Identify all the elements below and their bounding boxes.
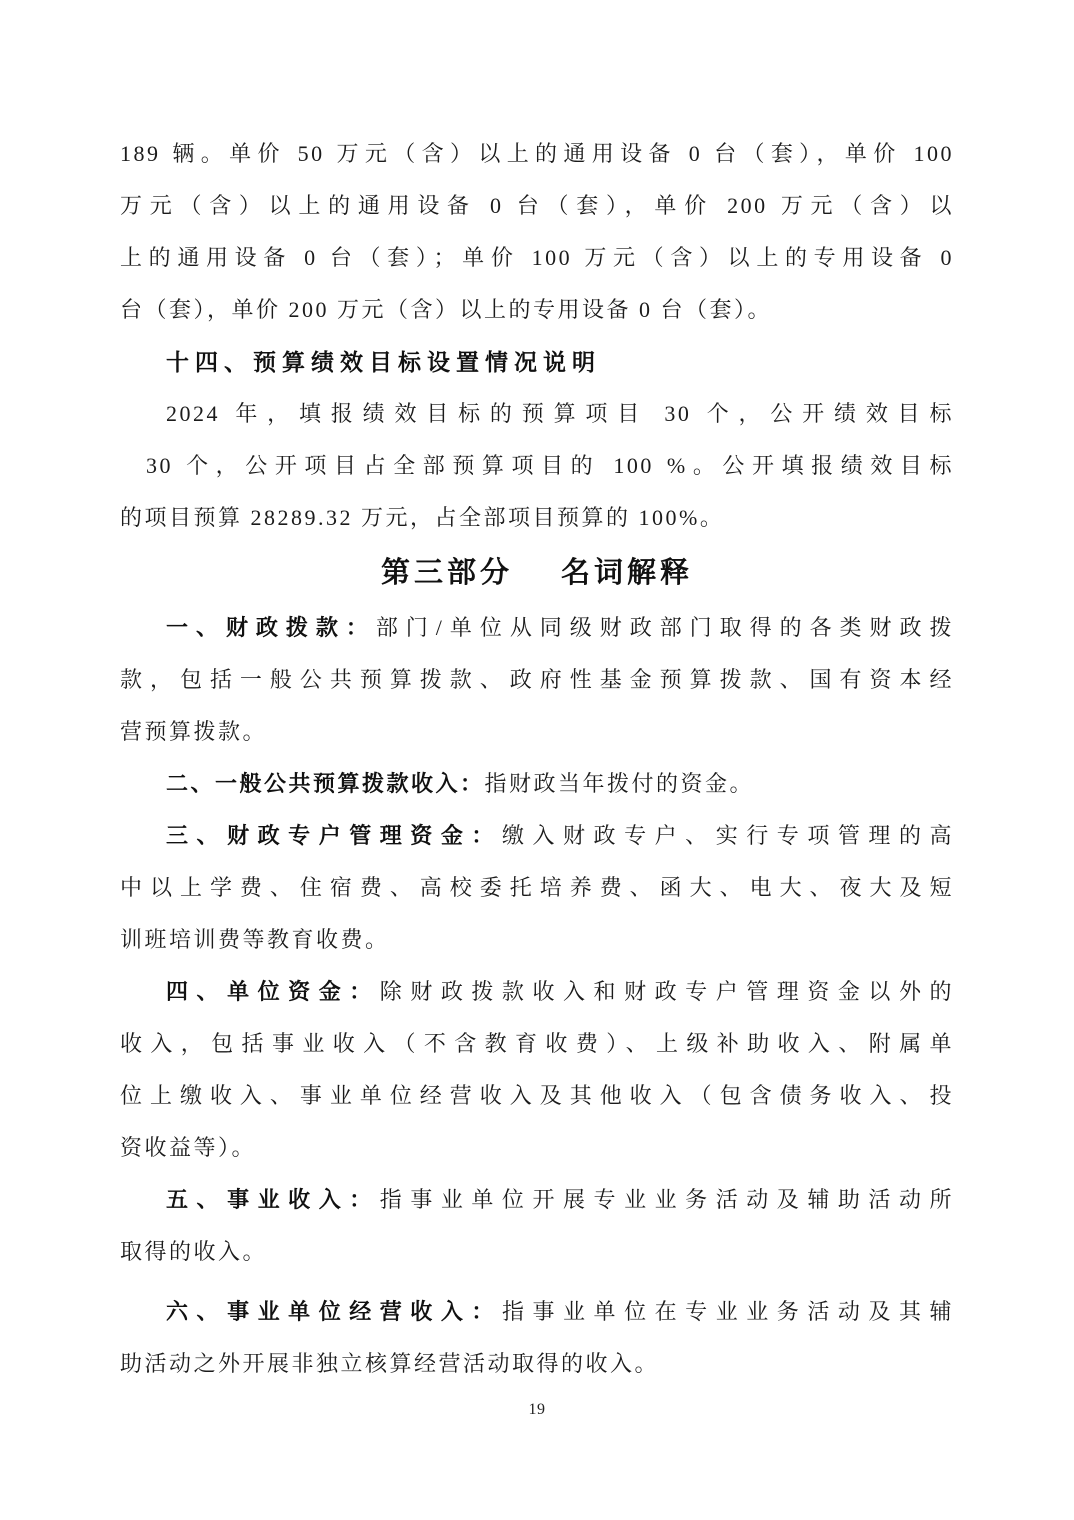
paragraph-line: 189 辆。单价 50 万元（含）以上的通用设备 0 台（套），单价 100 — [120, 128, 954, 180]
emphasis-text: 二、一般公共预算拨款收入： — [166, 771, 485, 796]
text-segment: 30 个，公开项目占全部预算项目的 100 %。公开填报绩效目标 — [146, 453, 954, 478]
paragraph-line: 30 个，公开项目占全部预算项目的 100 %。公开填报绩效目标 — [120, 440, 954, 492]
paragraph-line: 收入，包括事业收入（不含教育收费）、上级补助收入、附属单 — [120, 1018, 954, 1070]
page-number: 19 — [529, 1401, 546, 1418]
emphasis-text: 三、财政专户管理资金： — [166, 823, 502, 848]
text-segment: 收入，包括事业收入（不含教育收费）、上级补助收入、附属单 — [120, 1031, 954, 1056]
text-segment: 189 辆。单价 50 万元（含）以上的通用设备 0 台（套），单价 100 — [120, 141, 954, 166]
text-segment: 训班培训费等教育收费。 — [120, 927, 390, 952]
text-segment: 资收益等）。 — [120, 1135, 256, 1160]
paragraph-line: 万元（含）以上的通用设备 0 台（套），单价 200 万元（含）以 — [120, 180, 954, 232]
text-segment: 助活动之外开展非独立核算经营活动取得的收入。 — [120, 1351, 659, 1376]
paragraph-line: 五、事业收入：指事业单位开展专业业务活动及辅助活动所 — [120, 1174, 954, 1226]
paragraph-line: 资收益等）。 — [120, 1122, 954, 1174]
text-segment: 上的通用设备 0 台（套）；单价 100 万元（含）以上的专用设备 0 — [120, 245, 954, 270]
paragraph-line: 2024 年，填报绩效目标的预算项目 30 个，公开绩效目标 — [120, 388, 954, 440]
paragraph-line: 台（套），单价 200 万元（含）以上的专用设备 0 台（套）。 — [120, 284, 954, 336]
text-segment: 2024 年，填报绩效目标的预算项目 30 个，公开绩效目标 — [166, 401, 954, 426]
paragraph-line: 一、财政拨款：部门/单位从同级财政部门取得的各类财政拨 — [120, 602, 954, 654]
paragraph-line: 的项目预算 28289.32 万元，占全部项目预算的 100%。 — [120, 492, 954, 544]
emphasis-text: 一、财政拨款： — [166, 615, 376, 640]
emphasis-text: 第三部分 — [381, 544, 513, 602]
document-body: 189 辆。单价 50 万元（含）以上的通用设备 0 台（套），单价 100万元… — [0, 0, 1074, 1390]
emphasis-text: 名词解释 — [561, 544, 693, 602]
text-segment: 台（套），单价 200 万元（含）以上的专用设备 0 台（套）。 — [120, 297, 772, 322]
paragraph-line: 三、财政专户管理资金：缴入财政专户、实行专项管理的高 — [120, 810, 954, 862]
text-segment: 中以上学费、住宿费、高校委托培养费、函大、电大、夜大及短 — [120, 875, 954, 900]
paragraph-line: 位上缴收入、事业单位经营收入及其他收入（包含债务收入、投 — [120, 1070, 954, 1122]
text-segment: 位上缴收入、事业单位经营收入及其他收入（包含债务收入、投 — [120, 1083, 954, 1108]
text-segment: 指事业单位开展专业业务活动及辅助活动所 — [380, 1187, 954, 1212]
paragraph-line: 二、一般公共预算拨款收入：指财政当年拨付的资金。 — [120, 758, 954, 810]
text-segment: 部门/单位从同级财政部门取得的各类财政拨 — [376, 615, 954, 640]
text-segment: 的项目预算 28289.32 万元，占全部项目预算的 100%。 — [120, 505, 724, 530]
page-number-footer: 19 — [0, 1398, 1074, 1422]
part-title: 第三部分名词解释 — [120, 544, 954, 602]
emphasis-text: 十四、预算绩效目标设置情况说明 — [166, 349, 601, 375]
paragraph-line: 上的通用设备 0 台（套）；单价 100 万元（含）以上的专用设备 0 — [120, 232, 954, 284]
text-segment: 缴入财政专户、实行专项管理的高 — [502, 823, 954, 848]
text-segment: 指财政当年拨付的资金。 — [485, 771, 755, 796]
paragraph-line: 六、事业单位经营收入：指事业单位在专业业务活动及其辅 — [120, 1286, 954, 1338]
emphasis-text: 五、事业收入： — [166, 1187, 380, 1212]
text-segment: 营预算拨款。 — [120, 719, 267, 744]
text-segment: 除财政拨款收入和财政专户管理资金以外的 — [380, 979, 954, 1004]
text-segment: 款，包括一般公共预算拨款、政府性基金预算拨款、国有资本经 — [120, 667, 954, 692]
paragraph-line: 取得的收入。 — [120, 1226, 954, 1278]
paragraph-line: 中以上学费、住宿费、高校委托培养费、函大、电大、夜大及短 — [120, 862, 954, 914]
text-segment: 万元（含）以上的通用设备 0 台（套），单价 200 万元（含）以 — [120, 193, 954, 218]
document-page: 189 辆。单价 50 万元（含）以上的通用设备 0 台（套），单价 100万元… — [0, 0, 1074, 1520]
emphasis-text: 六、事业单位经营收入： — [166, 1299, 502, 1324]
paragraph-line: 营预算拨款。 — [120, 706, 954, 758]
paragraph-line: 四、单位资金：除财政拨款收入和财政专户管理资金以外的 — [120, 966, 954, 1018]
paragraph-line: 训班培训费等教育收费。 — [120, 914, 954, 966]
paragraph-line: 款，包括一般公共预算拨款、政府性基金预算拨款、国有资本经 — [120, 654, 954, 706]
emphasis-text: 四、单位资金： — [166, 979, 380, 1004]
text-segment: 指事业单位在专业业务活动及其辅 — [502, 1299, 954, 1324]
section-heading: 十四、预算绩效目标设置情况说明 — [120, 336, 954, 388]
paragraph-line: 助活动之外开展非独立核算经营活动取得的收入。 — [120, 1338, 954, 1390]
text-segment: 取得的收入。 — [120, 1239, 267, 1264]
